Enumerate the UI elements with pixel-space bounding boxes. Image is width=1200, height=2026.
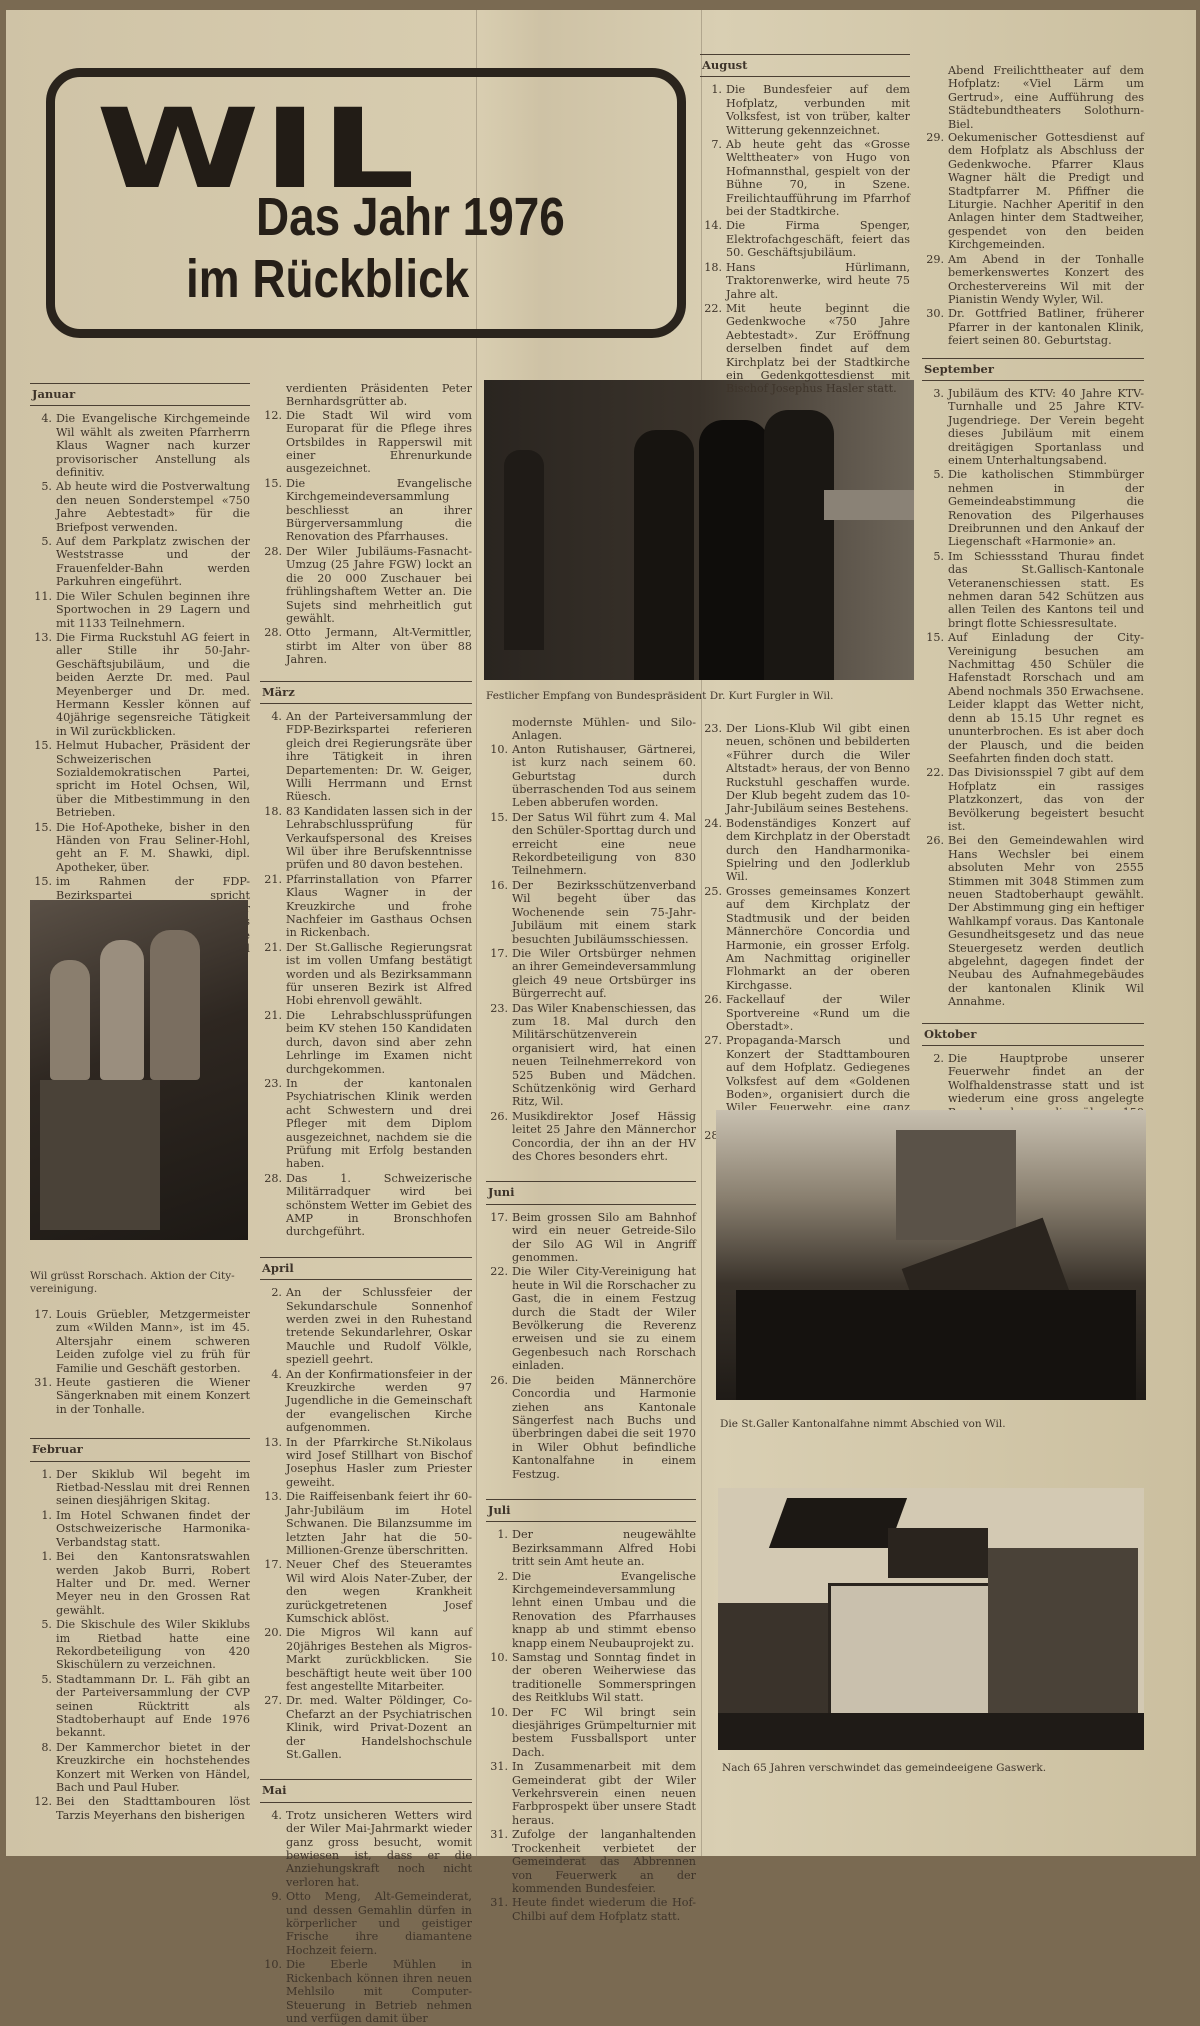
entry-text: Samstag und Sonntag findet in der oberen…	[512, 1651, 696, 1705]
chronicle-entry: 15.Der Satus Wil führt zum 4. Mal den Sc…	[486, 811, 696, 878]
entry-day: 12.	[260, 409, 286, 476]
entry-day: 29.	[922, 253, 948, 307]
chronicle-entry: 13.Die Firma Ruckstuhl AG feiert in alle…	[30, 631, 250, 738]
entry-day: 1.	[486, 1528, 512, 1568]
entry-day: 7.	[700, 138, 726, 218]
entry-day: 18.	[260, 805, 286, 872]
chronicle-entry: 1.Die Bundesfeier auf dem Hofplatz, verb…	[700, 83, 910, 137]
entry-day: 14.	[700, 219, 726, 259]
entry-day: 24.	[700, 817, 726, 884]
entry-day: 29.	[922, 131, 948, 252]
chronicle-entry: 4.An der Parteiversammlung der FDP-Bezir…	[260, 710, 472, 804]
entry-text: An der Schlussfeier der Sekundarschule S…	[286, 1286, 472, 1366]
chronicle-entry: 24.Bodenständiges Konzert auf dem Kirchp…	[700, 817, 910, 884]
entry-text: Oekumenischer Gottesdienst auf dem Hofpl…	[948, 131, 1144, 252]
entry-day: 28.	[260, 545, 286, 625]
month-heading-juni: Juni	[486, 1181, 696, 1204]
entry-text: Die Stadt Wil wird vom Europarat für die…	[286, 409, 472, 476]
photo-children-rorschach	[30, 900, 248, 1240]
entry-day: 15.	[922, 631, 948, 765]
entry-text: Mit heute beginnt die Gedenkwoche «750 J…	[726, 302, 910, 396]
chronicle-entry: 13.In der Pfarrkirche St.Nikolaus wird J…	[260, 1436, 472, 1490]
entry-text: Anton Rutishauser, Gärtnerei, ist kurz n…	[512, 743, 696, 810]
month-heading-mai: Mai	[260, 1779, 472, 1802]
entry-day: 4.	[260, 1809, 286, 1856]
chronicle-entry: 3.Jubiläum des KTV: 40 Jahre KTV-Turnhal…	[922, 387, 1144, 467]
chronicle-entry: 7.Ab heute geht das «Grosse Welttheater»…	[700, 138, 910, 218]
entry-day: 5.	[922, 468, 948, 548]
chronicle-entry: 1.Der Skiklub Wil begeht im Rietbad-Ness…	[30, 1468, 250, 1508]
chronicle-entry: 31.Heute gastieren die Wiener Sängerknab…	[30, 1376, 250, 1416]
entry-day: 25.	[700, 885, 726, 992]
chronicle-entry: 12.Die Stadt Wil wird vom Europarat für …	[260, 409, 472, 476]
entry-day: 5.	[30, 535, 56, 589]
chronicle-entry: 29.Am Abend in der Tonhalle bemerkenswer…	[922, 253, 1144, 307]
entry-day: 13.	[260, 1490, 286, 1557]
column-5: Abend Freilichttheater auf dem Hofplatz:…	[922, 64, 1144, 1202]
entry-text: Die Wiler City-Vereinigung hat heute in …	[512, 1265, 696, 1372]
chronicle-entry: 18.Hans Hürlimann, Traktorenwerke, wird …	[700, 261, 910, 301]
entry-text: Das Divisionsspiel 7 gibt auf dem Hofpla…	[948, 766, 1144, 833]
entry-text: Im Hotel Schwanen findet der Ostschweize…	[56, 1509, 250, 1549]
chronicle-entry: 8.Der Kammerchor bietet in der Kreuzkirc…	[30, 1741, 250, 1795]
chronicle-entry: 13.Die Raiffeisenbank feiert ihr 60-Jahr…	[260, 1490, 472, 1557]
entry-text: Auf Einladung der City-Vereinigung besuc…	[948, 631, 1144, 765]
entry-day: 2.	[486, 1570, 512, 1650]
entry-day: 4.	[30, 412, 56, 479]
chronicle-entry: 31.Zufolge der langanhaltenden Trockenhe…	[486, 1828, 696, 1856]
column-4-top: August 1.Die Bundesfeier auf dem Hofplat…	[700, 54, 910, 397]
chronicle-entry: 26.Musikdirektor Josef Hässig leitet 25 …	[486, 1110, 696, 1164]
entry-day: 1.	[700, 83, 726, 137]
entry-text: Der Lions-Klub Wil gibt einen neuen, sch…	[726, 722, 910, 816]
entry-text: Der Kammerchor bietet in der Kreuzkirche…	[56, 1741, 250, 1795]
chronicle-entry: 2.An der Schlussfeier der Sekundarschule…	[260, 1286, 472, 1366]
entry-day: 5.	[30, 480, 56, 534]
entry-text: In der Pfarrkirche St.Nikolaus wird Jose…	[286, 1436, 472, 1490]
column-1: Januar 4.Die Evangelische Kirchgemeinde …	[30, 375, 250, 970]
entry-text: Dr. Gottfried Batliner, früherer Pfarrer…	[948, 307, 1144, 347]
chronicle-entry: 5.Auf dem Parkplatz zwischen der Weststr…	[30, 535, 250, 589]
chronicle-entry: 26.Fackellauf der Wiler Sportvereine «Ru…	[700, 993, 910, 1033]
entry-text: Die Evangelische Kirchgemeindeversammlun…	[512, 1570, 696, 1650]
chronicle-entry: 22.Das Divisionsspiel 7 gibt auf dem Hof…	[922, 766, 1144, 833]
chronicle-entry: 2.Die Evangelische Kirchgemeindeversamml…	[486, 1570, 696, 1650]
entry-text: Grosses gemeinsames Konzert auf dem Kirc…	[726, 885, 910, 992]
chronicle-entry: 20.Die Migros Wil kann auf 20jähriges Be…	[260, 1626, 472, 1693]
entry-text: Otto Jermann, Alt-Vermittler, stirbt im …	[286, 626, 472, 666]
entry-day: 10.	[486, 743, 512, 810]
month-heading-januar: Januar	[30, 383, 250, 406]
entry-text: In der kantonalen Psychiatrischen Klinik…	[286, 1077, 472, 1171]
column-1-lower: 17.Louis Grüebler, Metzgermeister zum «W…	[30, 1308, 250, 1823]
entry-day: 21.	[260, 1009, 286, 1076]
chronicle-entry: 31.In Zusammenarbeit mit dem Gemeinderat…	[486, 1760, 696, 1827]
entry-text: Bodenständiges Konzert auf dem Kirchplat…	[726, 817, 910, 884]
entry-text: Hans Hürlimann, Traktorenwerke, wird heu…	[726, 261, 910, 301]
chronicle-entry: 4.Die Evangelische Kirchgemeinde Wil wäh…	[30, 412, 250, 479]
entry-day: 1.	[30, 1550, 56, 1617]
chronicle-entry: 30.Dr. Gottfried Batliner, früherer Pfar…	[922, 307, 1144, 347]
chronicle-entry: 1.Der neugewählte Bezirksammann Alfred H…	[486, 1528, 696, 1568]
chronicle-entry: 14.Die Firma Spenger, Elektrofachgeschäf…	[700, 219, 910, 259]
entry-text: Bei den Stadttambouren löst Tarzis Meyer…	[56, 1795, 250, 1822]
chronicle-entry: 23.Das Wiler Knabenschiessen, das zum 18…	[486, 1002, 696, 1109]
entry-text: Ab heute wird die Postverwaltung den neu…	[56, 480, 250, 534]
chronicle-entry: 16.Der Bezirksschützenverband Wil begeht…	[486, 879, 696, 946]
photo-caption-reception: Festlicher Empfang von Bundespräsident D…	[486, 690, 916, 703]
entry-text: Der Bezirksschützenverband Wil begeht üb…	[512, 879, 696, 946]
entry-day: 12.	[30, 1795, 56, 1822]
entry-text: Zufolge der langanhaltenden Trockenheit …	[512, 1828, 696, 1856]
chronicle-entry: 22.Die Wiler City-Vereinigung hat heute …	[486, 1265, 696, 1372]
entry-text: Helmut Hubacher, Präsident der Schweizer…	[56, 739, 250, 819]
month-heading-august: August	[700, 54, 910, 77]
entry-day: 21.	[260, 873, 286, 940]
entry-day: 5.	[30, 1618, 56, 1672]
month-heading-oktober: Oktober	[922, 1023, 1144, 1046]
chronicle-entry: 28.Otto Jermann, Alt-Vermittler, stirbt …	[260, 626, 472, 666]
entry-text: Bei den Kantonsratswahlen werden Jakob B…	[56, 1550, 250, 1617]
entry-day: 23.	[260, 1077, 286, 1171]
entry-text: Heute gastieren die Wiener Sängerknaben …	[56, 1376, 250, 1416]
entry-day: 15.	[30, 821, 56, 875]
entry-day: 10.	[486, 1651, 512, 1705]
entry-day: 17.	[486, 1211, 512, 1265]
photo-caption-gaswerk: Nach 65 Jahren verschwindet das gemeinde…	[722, 1762, 1152, 1775]
entry-day: 13.	[260, 1436, 286, 1490]
entry-text: Trotz unsicheren Wetters wird der Wiler …	[286, 1809, 472, 1856]
entry-text: An der Parteiversammlung der FDP-Bezirks…	[286, 710, 472, 804]
chronicle-entry: 25.Grosses gemeinsames Konzert auf dem K…	[700, 885, 910, 992]
column-3: modernste Mühlen- und Silo-Anlagen. 10.A…	[486, 716, 696, 1856]
chronicle-entry: 21.Pfarrinstallation von Pfarrer Klaus W…	[260, 873, 472, 940]
entry-day: 23.	[700, 722, 726, 816]
chronicle-entry: 1.Im Hotel Schwanen findet der Ostschwei…	[30, 1509, 250, 1549]
entry-day: 5.	[30, 1673, 56, 1740]
chronicle-entry: 21.Die Lehrabschlussprüfungen beim KV st…	[260, 1009, 472, 1076]
entry-day: 10.	[486, 1706, 512, 1760]
month-heading-februar: Februar	[30, 1438, 250, 1461]
entry-day: 1.	[30, 1509, 56, 1549]
entry-day: 31.	[486, 1828, 512, 1856]
chronicle-entry: 5.Die Skischule des Wiler Skiklubs im Ri…	[30, 1618, 250, 1672]
entry-day: 17.	[486, 947, 512, 1001]
chronicle-entry: 10.Der FC Wil bringt sein diesjähriges G…	[486, 1706, 696, 1760]
chronicle-entry: 5.Im Schiessstand Thurau findet das St.G…	[922, 550, 1144, 630]
entry-text: Musikdirektor Josef Hässig leitet 25 Jah…	[512, 1110, 696, 1164]
entry-text: Die katholischen Stimmbürger nehmen in d…	[948, 468, 1144, 548]
entry-text: Die Wiler Ortsbürger nehmen an ihrer Gem…	[512, 947, 696, 1001]
month-heading-september: September	[922, 358, 1144, 381]
entry-text: Der Wiler Jubiläums-Fasnacht-Umzug (25 J…	[286, 545, 472, 625]
entry-day: 21.	[260, 941, 286, 1008]
entry-text: Die Evangelische Kirchgemeinde Wil wählt…	[56, 412, 250, 479]
chronicle-entry: 4.Trotz unsicheren Wetters wird der Wile…	[260, 1809, 472, 1856]
month-heading-april: April	[260, 1257, 472, 1280]
chronicle-entry: 15.Helmut Hubacher, Präsident der Schwei…	[30, 739, 250, 819]
entry-day: 4.	[260, 1368, 286, 1435]
entry-day: 22.	[922, 766, 948, 833]
chronicle-entry: 1.Bei den Kantonsratswahlen werden Jakob…	[30, 1550, 250, 1617]
masthead-subtitle-line1: Das Jahr 1976	[256, 188, 565, 246]
chronicle-entry: 4.An der Konfirmationsfeier in der Kreuz…	[260, 1368, 472, 1435]
chronicle-entry: 23.Der Lions-Klub Wil gibt einen neuen, …	[700, 722, 910, 816]
entry-day: 23.	[486, 1002, 512, 1109]
entry-text: Der neugewählte Bezirksammann Alfred Hob…	[512, 1528, 696, 1568]
chronicle-entry: 15.Auf Einladung der City-Vereinigung be…	[922, 631, 1144, 765]
entry-text: Die Firma Spenger, Elektrofachgeschäft, …	[726, 219, 910, 259]
entry-day: 17.	[30, 1308, 56, 1375]
chronicle-entry: 10.Anton Rutishauser, Gärtnerei, ist kur…	[486, 743, 696, 810]
photo-caption-rorschach: Wil grüsst Rorschach. Aktion der City-ve…	[30, 1270, 250, 1296]
entry-text: Das 1. Schweizerische Militärradquer wir…	[286, 1172, 472, 1239]
chronicle-entry: 17.Neuer Chef des Steueramtes Wil wird A…	[260, 1558, 472, 1625]
chronicle-entry: 23.In der kantonalen Psychiatrischen Kli…	[260, 1077, 472, 1171]
entry-day: 22.	[486, 1265, 512, 1372]
entry-text: Jubiläum des KTV: 40 Jahre KTV-Turnhalle…	[948, 387, 1144, 467]
photo-caption-flag: Die St.Galler Kantonalfahne nimmt Abschi…	[720, 1418, 1150, 1431]
chronicle-entry: 26.Die beiden Männerchöre Concordia und …	[486, 1374, 696, 1481]
entry-text: Dr. med. Walter Pöldinger, Co-Chefarzt a…	[286, 1694, 472, 1761]
entry-day: 15.	[260, 477, 286, 544]
chronicle-entry: 10.Samstag und Sonntag findet in der obe…	[486, 1651, 696, 1705]
continuation-text: verdienten Präsidenten Peter Bernhardsgr…	[260, 382, 472, 409]
chronicle-entry: 17.Louis Grüebler, Metzgermeister zum «W…	[30, 1308, 250, 1375]
entry-text: Fackellauf der Wiler Sportvereine «Rund …	[726, 993, 910, 1033]
entry-text: Die Firma Ruckstuhl AG feiert in aller S…	[56, 631, 250, 738]
continuation-text: Abend Freilichttheater auf dem Hofplatz:…	[922, 64, 1144, 131]
entry-day: 13.	[30, 631, 56, 738]
entry-text: An der Konfirmationsfeier in der Kreuzki…	[286, 1368, 472, 1435]
entry-text: Die beiden Männerchöre Concordia und Har…	[512, 1374, 696, 1481]
chronicle-entry: 28.Der Wiler Jubiläums-Fasnacht-Umzug (2…	[260, 545, 472, 625]
month-heading-juli: Juli	[486, 1499, 696, 1522]
entry-text: Beim grossen Silo am Bahnhof wird ein ne…	[512, 1211, 696, 1265]
chronicle-entry: 5.Stadtammann Dr. L. Fäh gibt an der Par…	[30, 1673, 250, 1740]
chronicle-entry: 12.Bei den Stadttambouren löst Tarzis Me…	[30, 1795, 250, 1822]
entry-day: 1.	[30, 1468, 56, 1508]
entry-text: Der St.Gallische Regierungsrat ist im vo…	[286, 941, 472, 1008]
entry-day: 17.	[260, 1558, 286, 1625]
chronicle-entry: 27.Dr. med. Walter Pöldinger, Co-Chefarz…	[260, 1694, 472, 1761]
chronicle-entry: 11.Die Wiler Schulen beginnen ihre Sport…	[30, 590, 250, 630]
entry-day: 26.	[486, 1374, 512, 1481]
entry-day: 4.	[260, 710, 286, 804]
continuation-text: modernste Mühlen- und Silo-Anlagen.	[486, 716, 696, 743]
entry-text: Der FC Wil bringt sein diesjähriges Grüm…	[512, 1706, 696, 1760]
entry-text: Die Lehrabschlussprüfungen beim KV stehe…	[286, 1009, 472, 1076]
entry-text: In Zusammenarbeit mit dem Gemeinderat gi…	[512, 1760, 696, 1827]
entry-text: Die Migros Wil kann auf 20jähriges Beste…	[286, 1626, 472, 1693]
chronicle-entry: 22.Mit heute beginnt die Gedenkwoche «75…	[700, 302, 910, 396]
chronicle-entry: 15.Die Hof-Apotheke, bisher in den Hände…	[30, 821, 250, 875]
entry-text: Neuer Chef des Steueramtes Wil wird Aloi…	[286, 1558, 472, 1625]
entry-text: Der Satus Wil führt zum 4. Mal den Schül…	[512, 811, 696, 878]
photo-kantonalfahne	[716, 1110, 1146, 1400]
entry-day: 31.	[486, 1760, 512, 1827]
chronicle-entry: 15.Die Evangelische Kirchgemeindeversamm…	[260, 477, 472, 544]
entry-day: 26.	[922, 834, 948, 1008]
entry-text: Die Bundesfeier auf dem Hofplatz, verbun…	[726, 83, 910, 137]
entry-text: Die Hof-Apotheke, bisher in den Händen v…	[56, 821, 250, 875]
entry-text: Die Raiffeisenbank feiert ihr 60-Jahr-Ju…	[286, 1490, 472, 1557]
entry-text: Die Wiler Schulen beginnen ihre Sportwoc…	[56, 590, 250, 630]
entry-day: 31.	[30, 1376, 56, 1416]
entry-text: 83 Kandidaten lassen sich in der Lehrabs…	[286, 805, 472, 872]
entry-text: Stadtammann Dr. L. Fäh gibt an der Parte…	[56, 1673, 250, 1740]
entry-text: Pfarrinstallation von Pfarrer Klaus Wagn…	[286, 873, 472, 940]
entry-day: 3.	[922, 387, 948, 467]
chronicle-entry: 5.Ab heute wird die Postverwaltung den n…	[30, 480, 250, 534]
entry-day: 26.	[700, 993, 726, 1033]
entry-text: Am Abend in der Tonhalle bemerkenswertes…	[948, 253, 1144, 307]
entry-day: 22.	[700, 302, 726, 396]
entry-day: 2.	[260, 1286, 286, 1366]
entry-text: Der Skiklub Wil begeht im Rietbad-Nessla…	[56, 1468, 250, 1508]
entry-day: 27.	[260, 1694, 286, 1761]
entry-day: 26.	[486, 1110, 512, 1164]
entry-day: 20.	[260, 1626, 286, 1693]
column-2: verdienten Präsidenten Peter Bernhardsgr…	[260, 382, 472, 1856]
photo-reception-furgler	[484, 380, 914, 680]
chronicle-entry: 17.Beim grossen Silo am Bahnhof wird ein…	[486, 1211, 696, 1265]
month-heading-maerz: März	[260, 681, 472, 704]
entry-text: Im Schiessstand Thurau findet das St.Gal…	[948, 550, 1144, 630]
chronicle-entry: 18.83 Kandidaten lassen sich in der Lehr…	[260, 805, 472, 872]
chronicle-entry: 29.Oekumenischer Gottesdienst auf dem Ho…	[922, 131, 1144, 252]
entry-day: 16.	[486, 879, 512, 946]
entry-text: Die Skischule des Wiler Skiklubs im Riet…	[56, 1618, 250, 1672]
entry-day: 18.	[700, 261, 726, 301]
entry-text: Louis Grüebler, Metzgermeister zum «Wild…	[56, 1308, 250, 1375]
entry-text: Ab heute geht das «Grosse Welttheater» v…	[726, 138, 910, 218]
entry-day: 30.	[922, 307, 948, 347]
entry-day: 8.	[30, 1741, 56, 1795]
entry-text: Die Evangelische Kirchgemeindeversammlun…	[286, 477, 472, 544]
masthead-subtitle-line2: im Rückblick	[186, 250, 469, 308]
chronicle-entry: 28.Das 1. Schweizerische Militärradquer …	[260, 1172, 472, 1239]
entry-day: 15.	[486, 811, 512, 878]
entry-day: 28.	[260, 626, 286, 666]
chronicle-entry: 26.Bei den Gemeindewahlen wird Hans Wech…	[922, 834, 1144, 1008]
entry-text: Das Wiler Knabenschiessen, das zum 18. M…	[512, 1002, 696, 1109]
chronicle-entry: 21.Der St.Gallische Regierungsrat ist im…	[260, 941, 472, 1008]
entry-text: Auf dem Parkplatz zwischen der Weststras…	[56, 535, 250, 589]
entry-day: 11.	[30, 590, 56, 630]
entry-day: 28.	[260, 1172, 286, 1239]
entry-day: 5.	[922, 550, 948, 630]
newspaper-page: WIL Das Jahr 1976 im Rückblick Januar 4.…	[6, 10, 1196, 1856]
chronicle-entry: 17.Die Wiler Ortsbürger nehmen an ihrer …	[486, 947, 696, 1001]
photo-gaswerk	[718, 1488, 1144, 1750]
entry-day: 15.	[30, 739, 56, 819]
entry-text: Bei den Gemeindewahlen wird Hans Wechsle…	[948, 834, 1144, 1008]
chronicle-entry: 5.Die katholischen Stimmbürger nehmen in…	[922, 468, 1144, 548]
